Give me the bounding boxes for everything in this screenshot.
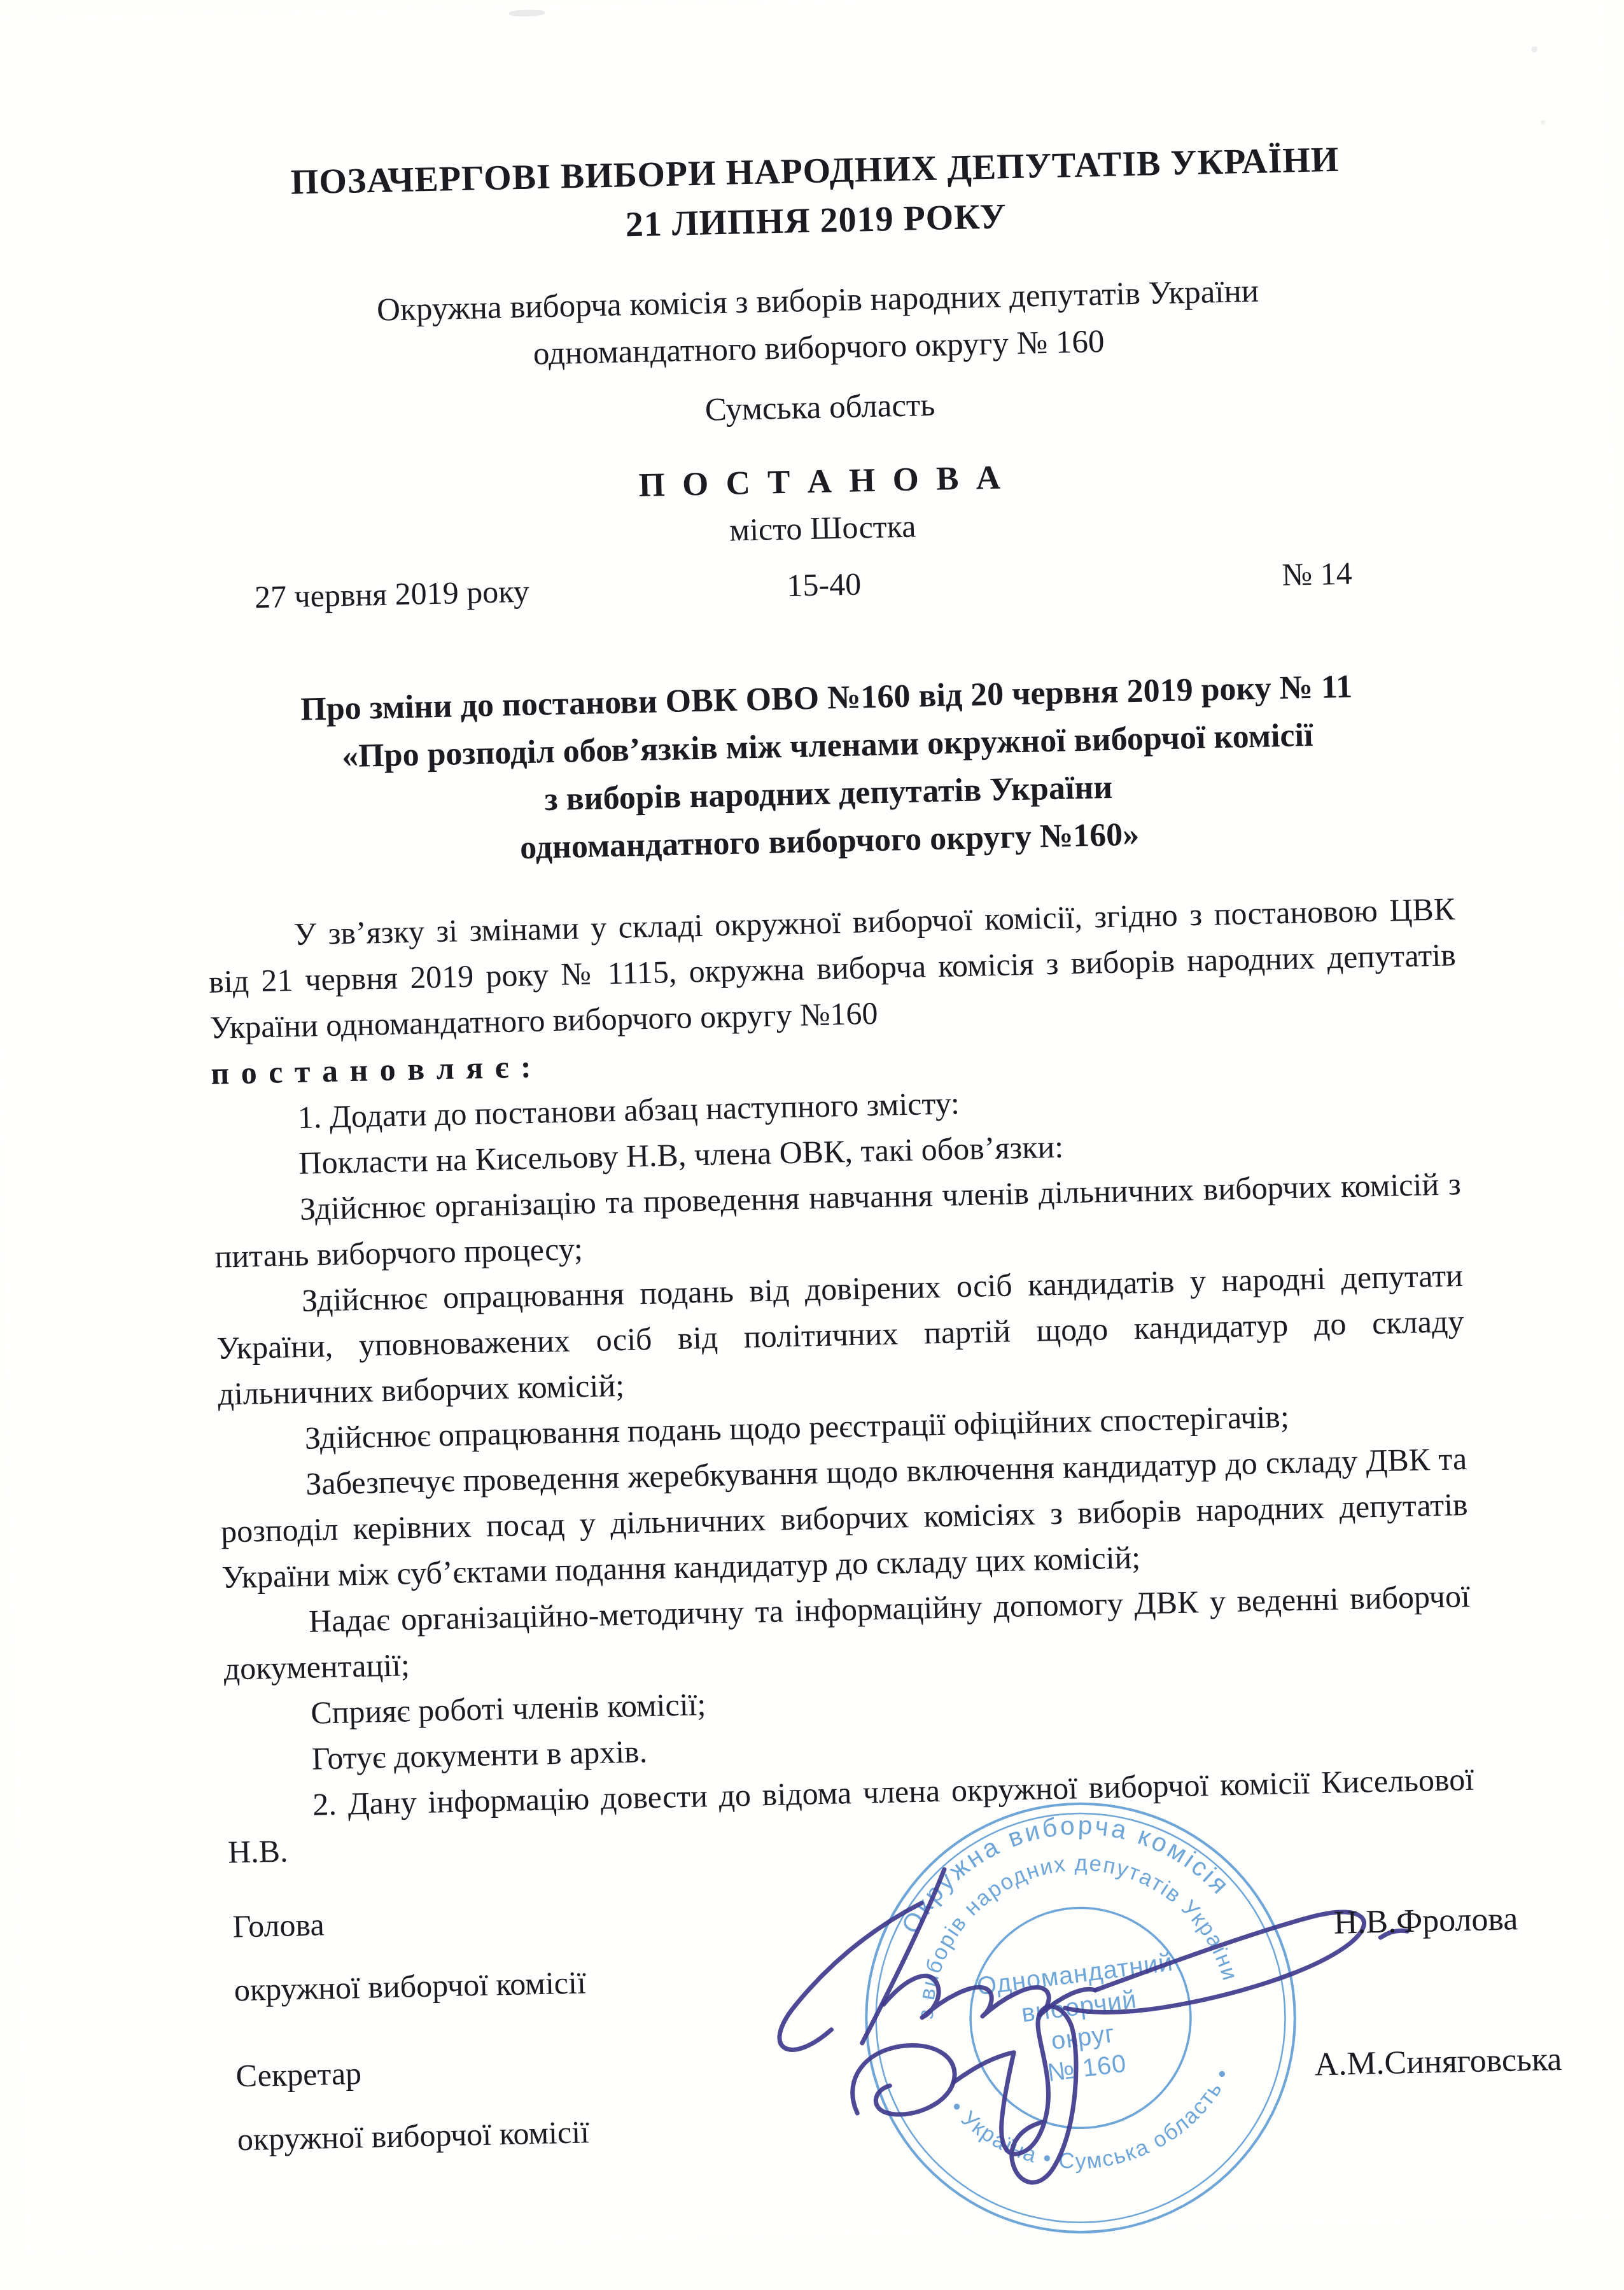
body-item: Забезпечує проведення жеребкування щодо … xyxy=(220,1435,1469,1600)
resolution-title: Про зміни до постанови ОВК ОВО №160 від … xyxy=(202,660,1453,879)
secretary-role-line1: Секретар xyxy=(235,2036,589,2107)
chairman-role-line1: Голова xyxy=(232,1887,585,1958)
ink-signatures xyxy=(653,1782,1490,2233)
scan-artifact xyxy=(509,10,545,17)
chairman-role: Голова окружної виборчої комісії xyxy=(232,1887,586,2021)
chairman-signature xyxy=(776,1859,1409,2050)
document-date: 27 червня 2019 року xyxy=(200,562,787,622)
document-body: ПОЗАЧЕРГОВІ ВИБОРИ НАРОДНИХ ДЕПУТАТІВ УК… xyxy=(191,132,1475,1875)
secretary-role-line2: окружної виборчої комісії xyxy=(237,2100,590,2171)
scan-artifact xyxy=(1541,120,1545,125)
chairman-name: Н.В.Фролова xyxy=(1333,1900,1518,1941)
document-time: 15-40 xyxy=(787,560,862,609)
scan-artifact xyxy=(1532,46,1537,52)
commission-name: Окружна виборча комісія з виборів народн… xyxy=(193,263,1443,385)
scanned-document-sheet: ПОЗАЧЕРГОВІ ВИБОРИ НАРОДНИХ ДЕПУТАТІВ УК… xyxy=(0,0,1624,2233)
secretary-role: Секретар окружної виборчої комісії xyxy=(235,2036,590,2171)
chairman-role-line2: окружної виборчої комісії xyxy=(234,1950,587,2021)
body-item: Здійснює опрацювання подань від довірени… xyxy=(215,1252,1465,1417)
secretary-signature xyxy=(851,2006,1079,2186)
secretary-name: А.М.Синяговська xyxy=(1314,2041,1562,2083)
election-header: ПОЗАЧЕРГОВІ ВИБОРИ НАРОДНИХ ДЕПУТАТІВ УК… xyxy=(191,132,1440,259)
region-name: Сумська область xyxy=(196,370,1444,445)
intro-paragraph: У зв’язку зі змінами у складі окружної в… xyxy=(207,886,1457,1051)
document-number: № 14 xyxy=(860,547,1448,607)
